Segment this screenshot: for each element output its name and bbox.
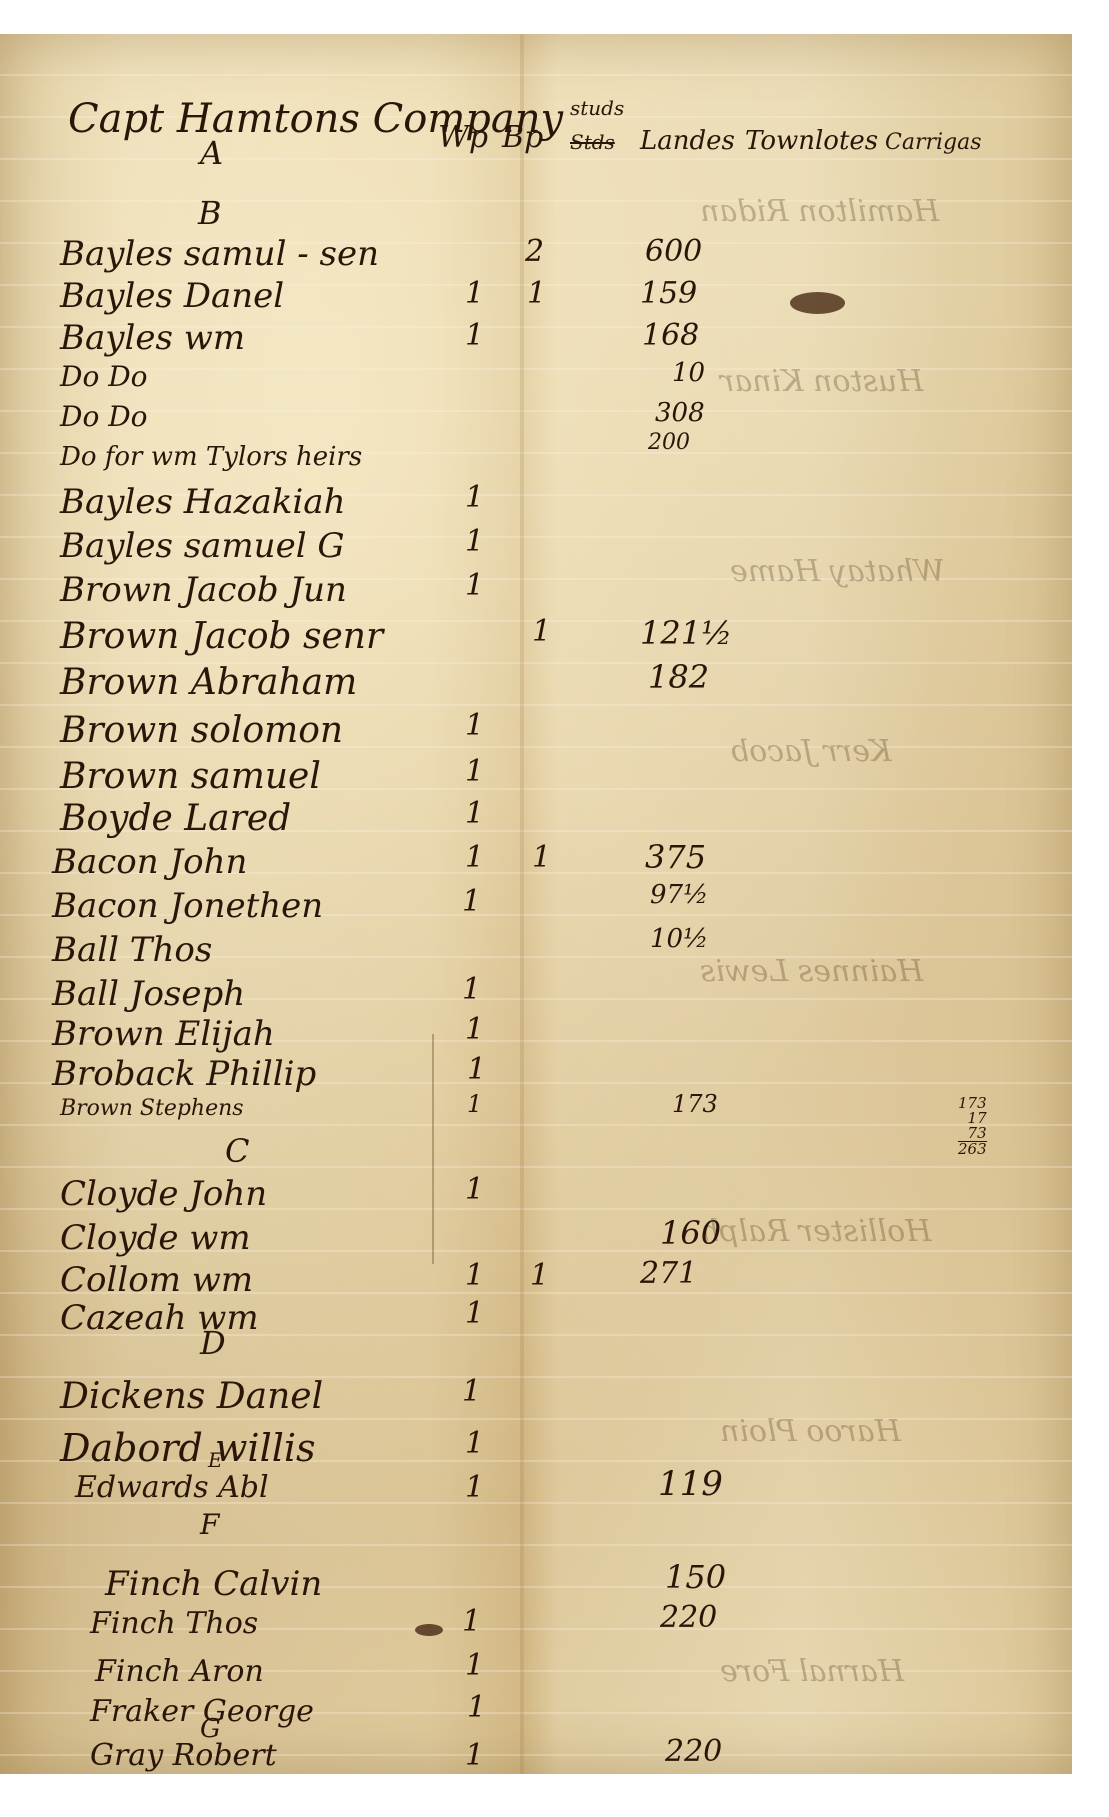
column-header-studs: studs: [570, 96, 624, 120]
row-wp: 1: [465, 754, 484, 789]
row-name: Collom wm: [60, 1260, 253, 1300]
section-letter-b: B: [198, 194, 222, 232]
row-wp: 1: [467, 1090, 482, 1118]
row-wp: 1: [465, 276, 484, 311]
row-name: Edwards Abl: [75, 1470, 269, 1505]
row-name: Boyde Lared: [60, 798, 291, 839]
row-wp: 1: [465, 524, 484, 559]
row-wp: 1: [462, 884, 481, 919]
row-name: Ball Thos: [52, 930, 212, 970]
row-lands: 159: [640, 276, 697, 311]
row-name: Dickens Danel: [60, 1376, 323, 1417]
row-wp: 1: [465, 1296, 484, 1331]
row-name: Finch Thos: [90, 1606, 258, 1641]
row-lands: 10½: [650, 924, 708, 954]
row-name: Bayles wm: [60, 318, 245, 358]
row-name: Brown solomon: [60, 710, 343, 751]
row-wp: 1: [465, 318, 484, 353]
row-name: Bayles samuel G: [60, 526, 345, 566]
bleed-through-text: Haroo Ploin: [720, 1414, 901, 1449]
row-lands: 375: [645, 838, 706, 876]
manuscript-page: Hamilton Ridan Huston Kinar Whatay Hame …: [0, 34, 1072, 1774]
row-bp: 1: [532, 614, 551, 649]
section-letter-d: D: [200, 1324, 226, 1362]
row-lands: 119: [658, 1464, 723, 1504]
document-title: Capt Hamtons Company: [68, 96, 563, 142]
row-lands: 220: [660, 1600, 717, 1635]
row-wp: 1: [465, 840, 484, 875]
margin-tally: 173 17 73 263: [958, 1096, 987, 1157]
tally-total: 263: [958, 1142, 987, 1157]
row-wp: 1: [465, 1426, 484, 1461]
column-rule: [432, 1034, 434, 1264]
bleed-through-text: Hollister Ralph: [700, 1214, 931, 1249]
row-bp: 1: [530, 1258, 549, 1293]
row-name: Do Do: [60, 400, 148, 433]
row-wp: 1: [465, 708, 484, 743]
row-lands: 182: [648, 658, 709, 696]
row-name: Bayles Hazakiah: [60, 482, 345, 522]
row-name: Ball Joseph: [52, 974, 245, 1014]
row-bp: 2: [525, 234, 544, 269]
row-name: Brown Jacob senr: [60, 616, 383, 657]
paper-fold: [520, 34, 524, 1774]
column-header-wp: Wp: [438, 120, 488, 155]
row-lands: 220: [665, 1734, 722, 1769]
row-lands: 271: [640, 1256, 697, 1291]
row-lands: 600: [645, 234, 702, 269]
row-wp: 1: [462, 972, 481, 1007]
row-name: Finch Calvin: [105, 1564, 322, 1604]
column-header-studs-struck: Stds: [570, 130, 615, 154]
row-lands: 200: [648, 430, 690, 455]
row-name: Brown Stephens: [60, 1096, 244, 1121]
row-name: Dabord willis: [60, 1426, 316, 1470]
row-wp: 1: [465, 568, 484, 603]
row-wp: 1: [465, 1258, 484, 1293]
row-name: Bacon Jonethen: [52, 886, 323, 926]
row-name: Cloyde John: [60, 1174, 267, 1214]
ink-blot: [415, 1624, 443, 1636]
row-name: Broback Phillip: [52, 1054, 316, 1094]
row-wp: 1: [462, 1374, 481, 1409]
row-wp: 1: [465, 1012, 484, 1047]
row-name: Do Do: [60, 360, 148, 393]
bleed-through-text: Harnal Fore: [720, 1654, 904, 1689]
row-name: Brown samuel: [60, 756, 321, 797]
row-name: Bayles Danel: [60, 276, 284, 316]
row-name: Brown Jacob Jun: [60, 570, 347, 610]
row-name: Finch Aron: [95, 1654, 264, 1689]
bleed-through-text: Hamilton Ridan: [700, 194, 939, 229]
row-name: Gray Robert: [90, 1738, 277, 1773]
section-letter-f: F: [200, 1508, 219, 1541]
row-name: Bacon John: [52, 842, 247, 882]
row-lands: 173: [672, 1090, 718, 1118]
row-lands: 97½: [650, 880, 708, 910]
row-name: Do for wm Tylors heirs: [60, 442, 362, 472]
bleed-through-text: Hainnes Lewis: [700, 954, 923, 989]
row-wp: 1: [465, 1470, 484, 1505]
ink-blot: [790, 292, 845, 314]
row-name: Brown Elijah: [52, 1014, 275, 1054]
section-letter-e: E: [208, 1448, 223, 1472]
section-letter-a: A: [200, 134, 223, 172]
bleed-through-text: Whatay Hame: [730, 554, 945, 589]
row-wp: 1: [465, 796, 484, 831]
row-lands: 121½: [640, 614, 732, 652]
row-name: Cazeah wm: [60, 1298, 259, 1338]
row-lands: 160: [660, 1214, 721, 1252]
row-wp: 1: [467, 1052, 486, 1087]
row-lands: 10: [672, 358, 705, 388]
row-wp: 1: [465, 1172, 484, 1207]
row-name: Brown Abraham: [60, 662, 357, 703]
row-wp: 1: [467, 1690, 486, 1725]
column-header-lands: Landes: [640, 126, 735, 156]
row-name: Bayles samul - sen: [60, 234, 379, 274]
column-header-carriages: Carrigas: [885, 130, 982, 155]
row-wp: 1: [462, 1604, 481, 1639]
row-wp: 1: [465, 1648, 484, 1683]
row-lands: 308: [655, 398, 705, 428]
section-letter-c: C: [225, 1132, 249, 1170]
row-lands: 168: [642, 318, 699, 353]
row-wp: 1: [465, 1738, 484, 1773]
bleed-through-text: Huston Kinar: [720, 364, 923, 399]
row-wp: 1: [465, 480, 484, 515]
row-lands: 150: [665, 1558, 726, 1596]
column-header-bp: Bp: [502, 120, 543, 155]
row-name: Cloyde wm: [60, 1218, 251, 1258]
column-header-town-lots: Townlotes: [745, 126, 878, 156]
row-bp: 1: [527, 276, 546, 311]
row-bp: 1: [532, 840, 551, 875]
bleed-through-text: Kerr Jacob: [730, 734, 892, 769]
